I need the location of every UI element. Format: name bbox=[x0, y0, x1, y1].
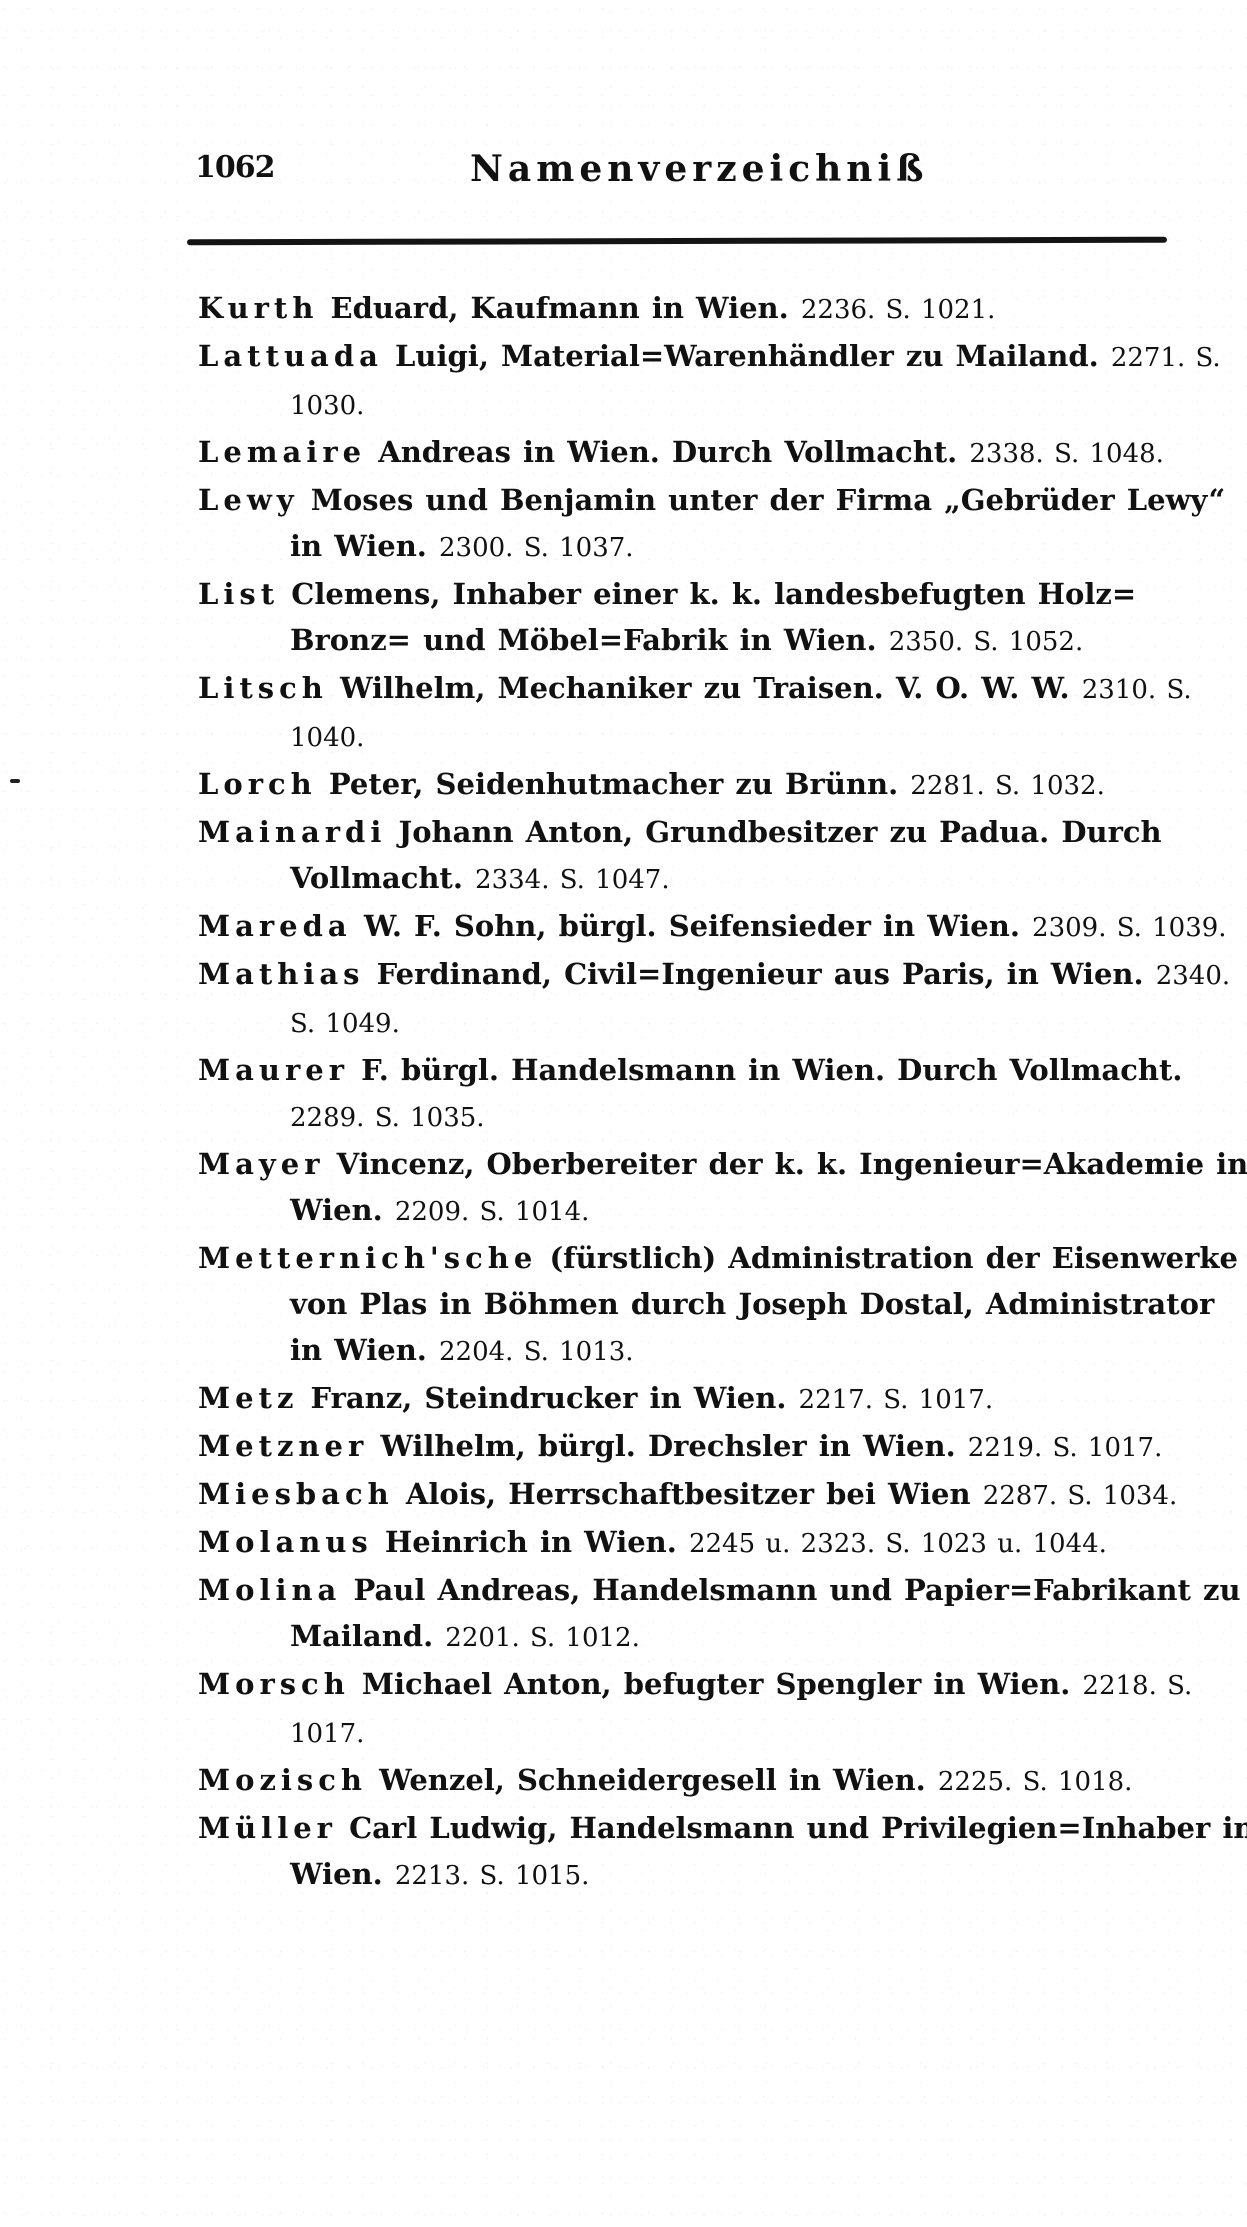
index-entry: Lemaire Andreas in Wien. Durch Vollmacht… bbox=[198, 429, 1247, 477]
entry-name: Molanus bbox=[198, 1525, 373, 1559]
index-entry: Metternich'sche (fürstlich) Administrati… bbox=[198, 1235, 1247, 1375]
entry-name: Maurer bbox=[198, 1053, 349, 1087]
entry-name: Molina bbox=[198, 1573, 341, 1607]
entry-text: Wenzel, Schneidergesell in Wien. bbox=[379, 1763, 926, 1797]
entry-text: W. F. Sohn, bürgl. Seifensieder in Wien. bbox=[364, 909, 1020, 943]
running-title: Namenverzeichniß bbox=[470, 148, 929, 190]
index-entry: Müller Carl Ludwig, Handelsmann und Priv… bbox=[198, 1805, 1247, 1899]
entry-ref: 2287. S. 1034. bbox=[983, 1481, 1178, 1511]
entry-text: Andreas in Wien. Durch Vollmacht. bbox=[378, 435, 957, 469]
entry-name: Mainardi bbox=[198, 815, 386, 849]
entry-name: Mareda bbox=[198, 909, 352, 943]
entry-name: Metternich'sche bbox=[198, 1241, 537, 1275]
entry-name: Litsch bbox=[198, 671, 328, 705]
entry-text: Eduard, Kaufmann in Wien. bbox=[331, 291, 789, 325]
entry-ref: 2289. S. 1035. bbox=[290, 1103, 485, 1133]
entry-name: Metz bbox=[198, 1381, 298, 1415]
entry-name: Kurth bbox=[198, 291, 318, 325]
index-entry: Molanus Heinrich in Wien. 2245 u. 2323. … bbox=[198, 1519, 1247, 1567]
entry-text: Ferdinand, Civil=Ingenieur aus Paris, in… bbox=[377, 957, 1144, 991]
page-header: 1062 Namenverzeichniß bbox=[195, 150, 1165, 190]
scanned-page: 1062 Namenverzeichniß Kurth Eduard, Kauf… bbox=[0, 0, 1247, 2227]
entry-name: List bbox=[198, 577, 279, 611]
entry-ref: 2209. S. 1014. bbox=[395, 1197, 590, 1227]
entry-text: Wilhelm, bürgl. Drechsler in Wien. bbox=[380, 1429, 955, 1463]
index-entry: Mozisch Wenzel, Schneidergesell in Wien.… bbox=[198, 1757, 1247, 1805]
entry-name: Mayer bbox=[198, 1147, 324, 1181]
page-number: 1062 bbox=[195, 150, 275, 185]
index-entry: Maurer F. bürgl. Handelsmann in Wien. Du… bbox=[198, 1047, 1247, 1141]
index-entry: Metz Franz, Steindrucker in Wien. 2217. … bbox=[198, 1375, 1247, 1423]
entry-text: Michael Anton, befugter Spengler in Wien… bbox=[362, 1667, 1070, 1701]
entry-ref: 2201. S. 1012. bbox=[445, 1623, 640, 1653]
entry-name: Mozisch bbox=[198, 1763, 367, 1797]
entry-ref: 2334. S. 1047. bbox=[475, 865, 670, 895]
index-entry: Miesbach Alois, Herrschaftbesitzer bei W… bbox=[198, 1471, 1247, 1519]
index-entry: Mathias Ferdinand, Civil=Ingenieur aus P… bbox=[198, 951, 1247, 1047]
entry-name: Lewy bbox=[198, 483, 299, 517]
entry-ref: 2219. S. 1017. bbox=[968, 1433, 1163, 1463]
entry-ref: 2204. S. 1013. bbox=[439, 1337, 634, 1367]
entry-ref: 2338. S. 1048. bbox=[969, 439, 1164, 469]
entry-name: Lattuada bbox=[198, 339, 383, 373]
name-index-list: Kurth Eduard, Kaufmann in Wien. 2236. S.… bbox=[198, 285, 1178, 1899]
entry-text: F. bürgl. Handelsmann in Wien. Durch Vol… bbox=[361, 1053, 1182, 1087]
entry-ref: 2309. S. 1039. bbox=[1032, 913, 1227, 943]
entry-ref: 2225. S. 1018. bbox=[938, 1767, 1133, 1797]
entry-name: Miesbach bbox=[198, 1477, 394, 1511]
entry-name: Metzner bbox=[198, 1429, 368, 1463]
entry-ref: 2217. S. 1017. bbox=[799, 1385, 994, 1415]
index-entry: Litsch Wilhelm, Mechaniker zu Traisen. V… bbox=[198, 665, 1247, 761]
index-entry: List Clemens, Inhaber einer k. k. landes… bbox=[198, 571, 1247, 665]
entry-text: Luigi, Material=Warenhändler zu Mailand. bbox=[395, 339, 1099, 373]
index-entry: Mainardi Johann Anton, Grundbesitzer zu … bbox=[198, 809, 1247, 903]
index-entry: Mareda W. F. Sohn, bürgl. Seifensieder i… bbox=[198, 903, 1247, 951]
index-entry: Molina Paul Andreas, Handelsmann und Pap… bbox=[198, 1567, 1247, 1661]
entry-name: Lemaire bbox=[198, 435, 366, 469]
margin-mark bbox=[10, 779, 20, 783]
entry-ref: 2281. S. 1032. bbox=[910, 771, 1105, 801]
entry-text: Paul Andreas, Handelsmann und Papier=Fab… bbox=[290, 1573, 1241, 1653]
index-entry: Lattuada Luigi, Material=Warenhändler zu… bbox=[198, 333, 1247, 429]
entry-ref: 2245 u. 2323. S. 1023 u. 1044. bbox=[689, 1529, 1107, 1559]
entry-text: Alois, Herrschaftbesitzer bei Wien bbox=[406, 1477, 971, 1511]
entry-text: Heinrich in Wien. bbox=[385, 1525, 677, 1559]
entry-ref: 2213. S. 1015. bbox=[395, 1861, 590, 1891]
entry-name: Müller bbox=[198, 1811, 337, 1845]
entry-text: Johann Anton, Grundbesitzer zu Padua. Du… bbox=[290, 815, 1162, 895]
index-entry: Lewy Moses und Benjamin unter der Firma … bbox=[198, 477, 1247, 571]
index-entry: Lorch Peter, Seidenhutmacher zu Brünn. 2… bbox=[198, 761, 1247, 809]
entry-ref: 2236. S. 1021. bbox=[801, 295, 996, 325]
entry-name: Morsch bbox=[198, 1667, 350, 1701]
header-rule bbox=[187, 237, 1167, 246]
entry-name: Lorch bbox=[198, 767, 317, 801]
entry-text: Wilhelm, Mechaniker zu Traisen. V. O. W.… bbox=[340, 671, 1070, 705]
entry-text: Franz, Steindrucker in Wien. bbox=[311, 1381, 787, 1415]
index-entry: Morsch Michael Anton, befugter Spengler … bbox=[198, 1661, 1247, 1757]
entry-ref: 2350. S. 1052. bbox=[889, 627, 1084, 657]
entry-text: Moses und Benjamin unter der Firma „Gebr… bbox=[290, 483, 1225, 563]
entry-text: Peter, Seidenhutmacher zu Brünn. bbox=[329, 767, 898, 801]
index-entry: Metzner Wilhelm, bürgl. Drechsler in Wie… bbox=[198, 1423, 1247, 1471]
index-entry: Kurth Eduard, Kaufmann in Wien. 2236. S.… bbox=[198, 285, 1247, 333]
entry-name: Mathias bbox=[198, 957, 365, 991]
entry-ref: 2300. S. 1037. bbox=[439, 533, 634, 563]
index-entry: Mayer Vincenz, Oberbereiter der k. k. In… bbox=[198, 1141, 1247, 1235]
